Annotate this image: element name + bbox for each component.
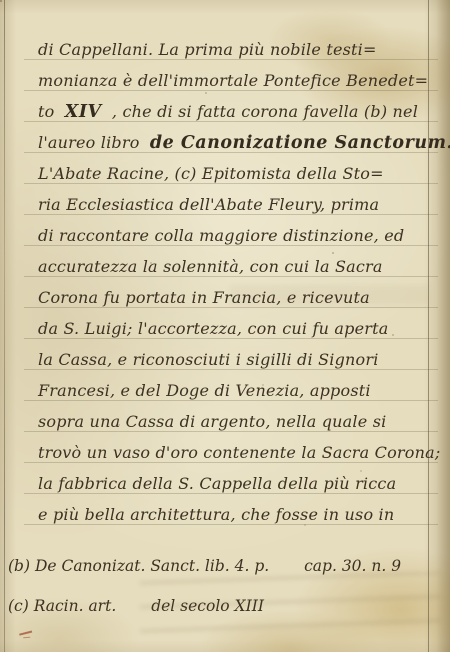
ink-showthrough-smudge <box>140 572 440 638</box>
right-edge-shade <box>436 0 450 652</box>
manuscript-line: trovò un vaso d'oro contenente la Sacra … <box>38 437 434 468</box>
manuscript-line: la Cassa, e riconosciuti i sigilli di Si… <box>38 344 434 375</box>
line-text: Francesi, e del Doge di Venezia, apposti <box>38 381 371 400</box>
line-text: e più bella architettura, che fosse in u… <box>38 505 394 524</box>
line-text: , che di si fatta corona favella (b) nel <box>112 102 418 121</box>
manuscript-line: di raccontare colla maggiore distinzione… <box>38 220 434 251</box>
line-text: di Cappellani. La prima più nobile testi… <box>38 40 377 59</box>
manuscript-line: e più bella architettura, che fosse in u… <box>38 499 434 530</box>
line-text: da S. Luigi; l'accortezza, con cui fu ap… <box>38 319 388 338</box>
manuscript-line: la fabbrica della S. Cappella della più … <box>38 468 434 499</box>
manuscript-line: Francesi, e del Doge di Venezia, apposti <box>38 375 434 406</box>
latin-citation-text: de Canonizatione Sanctorum. <box>150 133 450 153</box>
manuscript-line: sopra una Cassa di argento, nella quale … <box>38 406 434 437</box>
line-text: la Cassa, e riconosciuti i sigilli di Si… <box>38 350 379 369</box>
roman-numeral-text: XIV <box>65 102 102 122</box>
line-text: Corona fu portata in Francia, e ricevuta <box>38 288 370 307</box>
line-text: L'Abate Racine, (c) Epitomista della Sto… <box>38 164 384 183</box>
manuscript-line: da S. Luigi; l'accortezza, con cui fu ap… <box>38 313 434 344</box>
manuscript-line: monianza è dell'immortale Pontefice Bene… <box>38 65 434 96</box>
manuscript-line: accuratezza la solennità, con cui la Sac… <box>38 251 434 282</box>
manuscript-line: to XIV , che di si fatta corona favella … <box>38 96 434 127</box>
line-text: l'aureo libro <box>38 133 140 152</box>
manuscript-page: di Cappellani. La prima più nobile testi… <box>0 0 450 652</box>
manuscript-line: di Cappellani. La prima più nobile testi… <box>38 34 434 65</box>
line-text: la fabbrica della S. Cappella della più … <box>38 474 396 493</box>
paper-specks <box>0 0 2 2</box>
line-text: di raccontare colla maggiore distinzione… <box>38 226 404 245</box>
line-text: to <box>38 102 54 121</box>
footnote-text: (c) Racin. art. <box>8 597 116 615</box>
manuscript-line: ria Ecclesiastica dell'Abate Fleury, pri… <box>38 189 434 220</box>
manuscript-line: Corona fu portata in Francia, e ricevuta <box>38 282 434 313</box>
line-text: ria Ecclesiastica dell'Abate Fleury, pri… <box>38 195 379 214</box>
manuscript-text-block: di Cappellani. La prima più nobile testi… <box>38 34 434 530</box>
line-text: accuratezza la solennità, con cui la Sac… <box>38 257 383 276</box>
manuscript-line: l'aureo libro de Canonizatione Sanctorum… <box>38 127 434 158</box>
manuscript-line: L'Abate Racine, (c) Epitomista della Sto… <box>38 158 434 189</box>
left-edge-rule <box>4 0 5 652</box>
line-text: monianza è dell'immortale Pontefice Bene… <box>38 71 428 90</box>
line-text: trovò un vaso d'oro contenente la Sacra … <box>38 443 440 462</box>
line-text: sopra una Cassa di argento, nella quale … <box>38 412 386 431</box>
